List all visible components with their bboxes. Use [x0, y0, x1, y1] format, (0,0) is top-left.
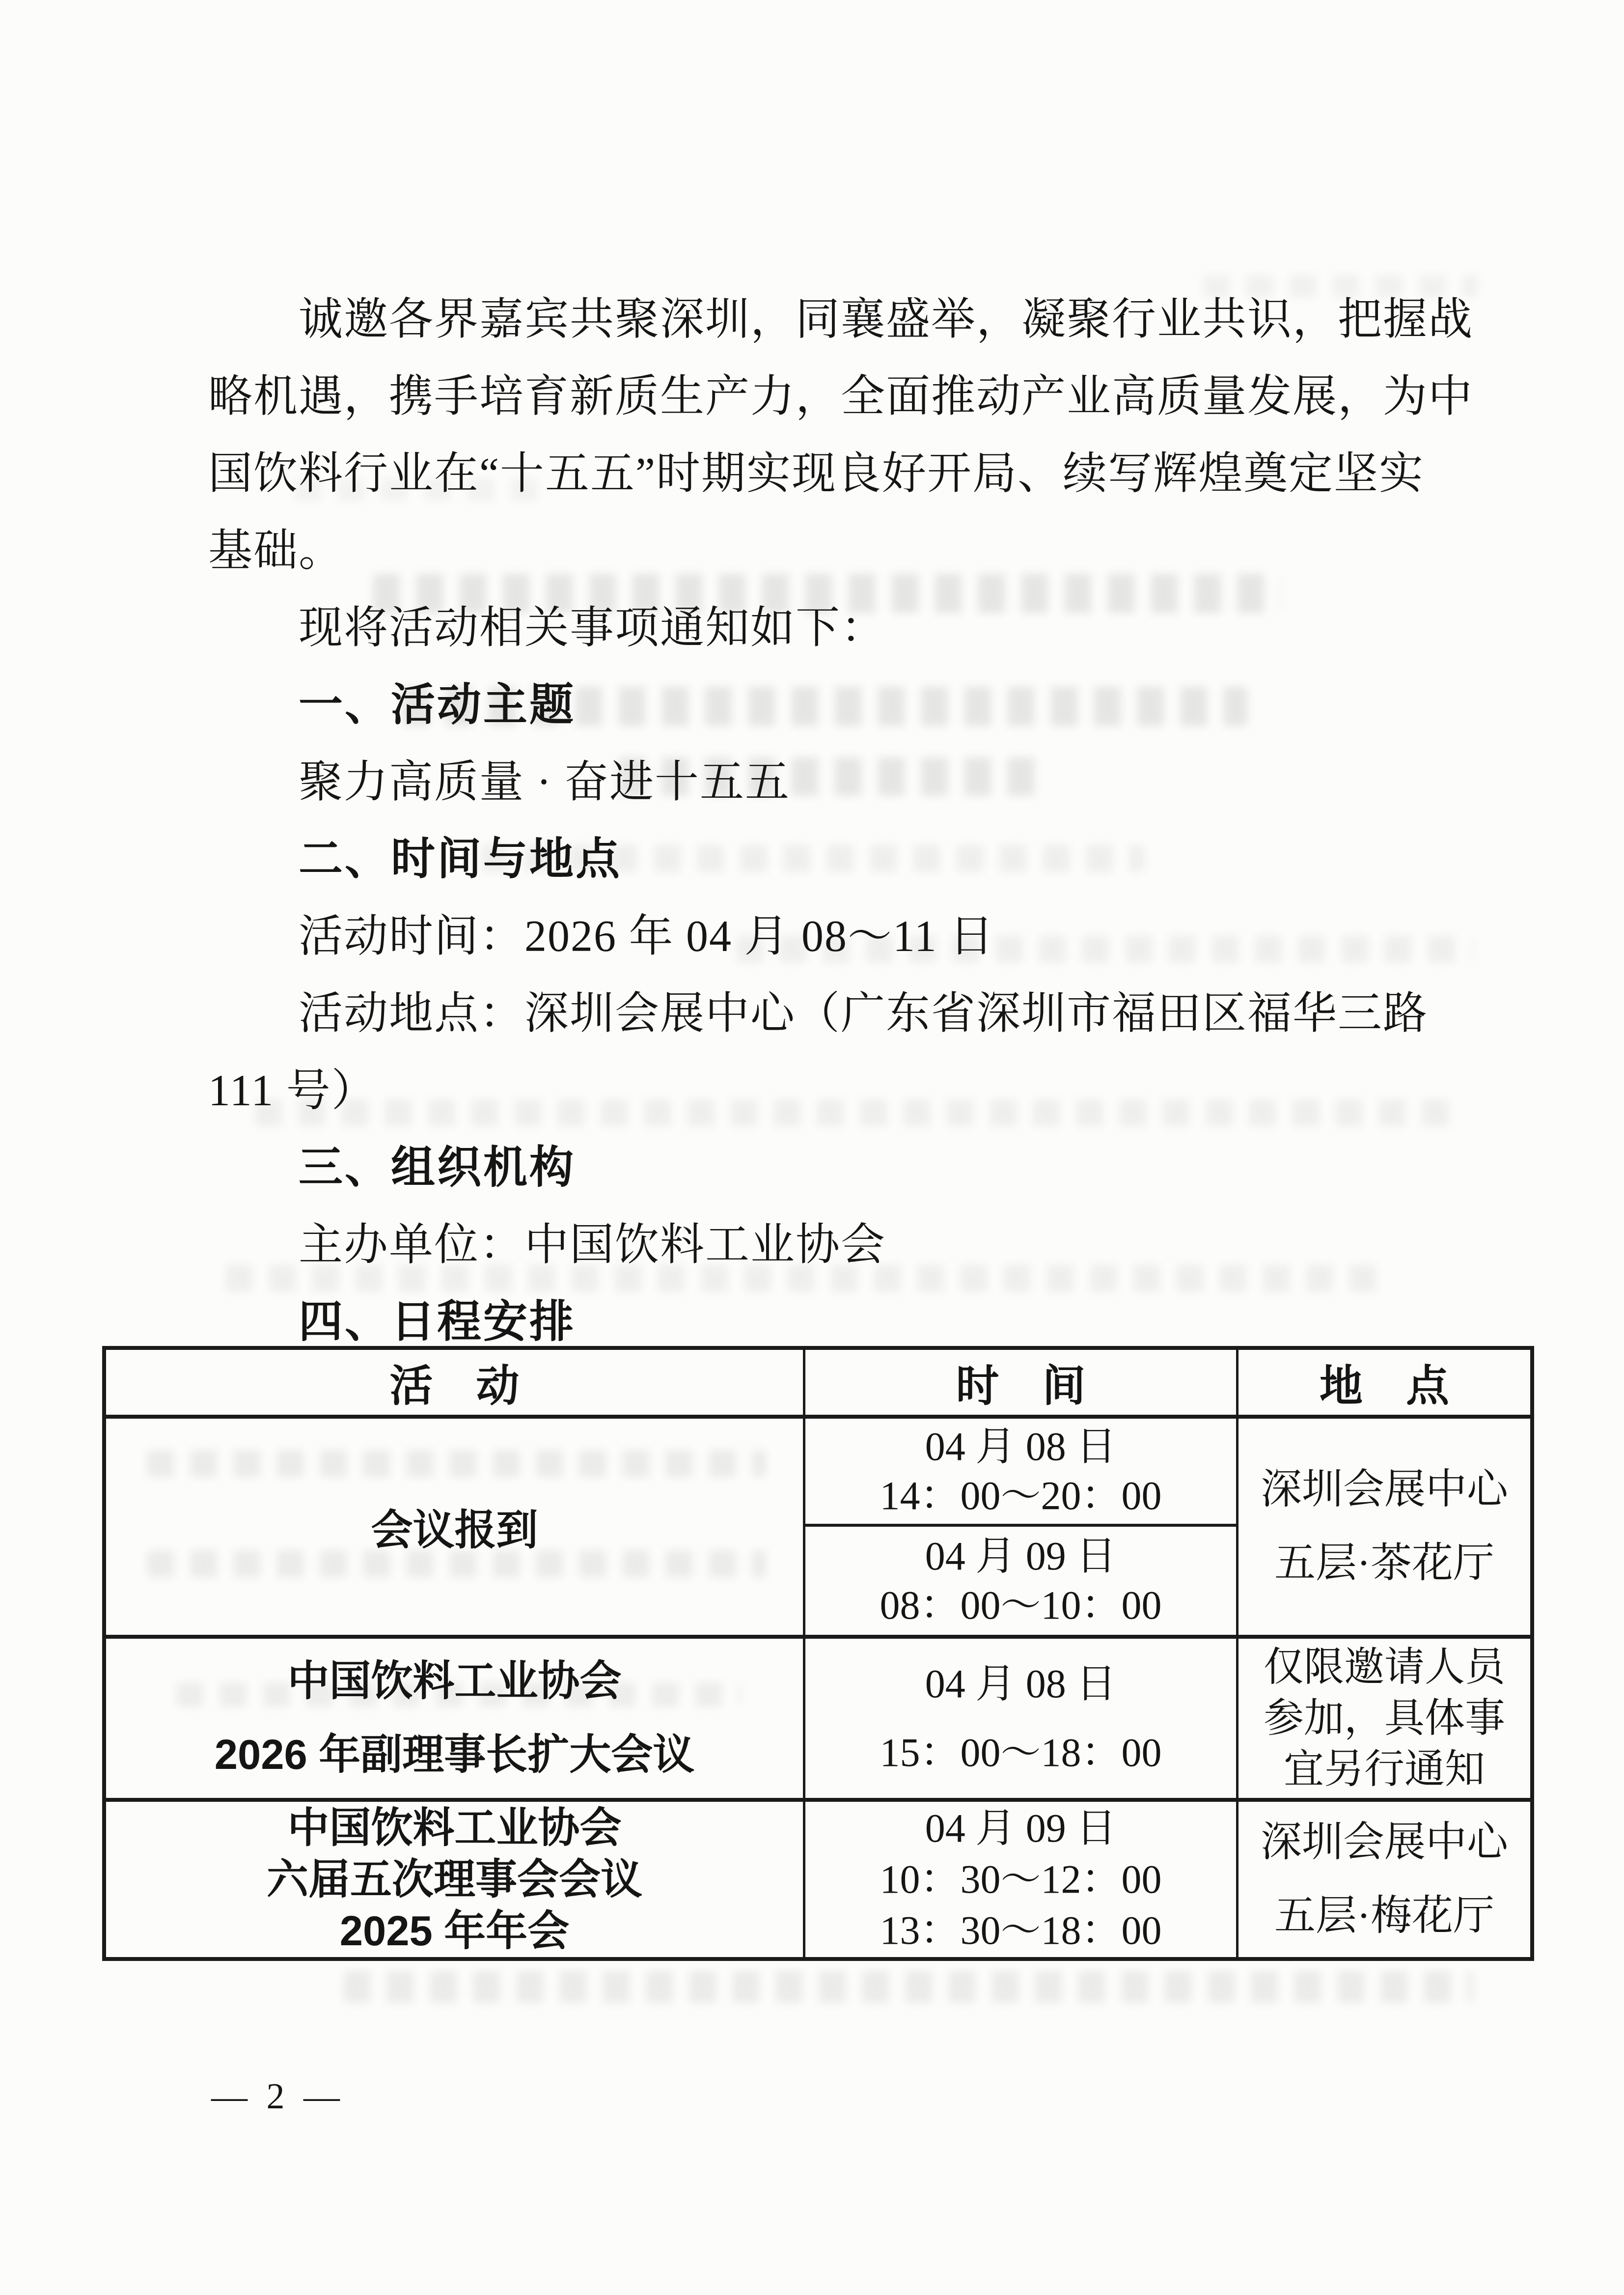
- section-heading-organization: 三、组织机构: [299, 1129, 1514, 1206]
- location-line: 五层·梅花厅: [1274, 1879, 1494, 1953]
- paragraph-line: 基础。: [208, 512, 1514, 589]
- paragraph-line: 略机遇，携手培育新质生产力，全面推动产业高质量发展，为中: [208, 358, 1514, 435]
- activity-line: 2025 年年会: [340, 1905, 570, 1957]
- activity-line: 2026 年副理事长扩大会议: [215, 1718, 695, 1792]
- slot-date: 04 月 08 日: [925, 1422, 1117, 1471]
- table-row-vice-chairman-time: 04 月 08 日 15：00～18：00: [805, 1639, 1239, 1802]
- slot-time: 10：30～12：00: [880, 1854, 1161, 1905]
- table-row-registration-activity: 会议报到: [106, 1419, 805, 1639]
- note-line: 宜另行通知: [1284, 1744, 1485, 1795]
- bleedthrough-artifact: [344, 1971, 1473, 2003]
- location-line: 深圳会展中心: [1261, 1453, 1508, 1527]
- event-place-text: 活动地点：深圳会展中心（广东省深圳市福田区福华三路: [299, 975, 1514, 1052]
- page-number: — 2 —: [211, 2072, 345, 2121]
- table-header-location: 地 点: [1239, 1350, 1530, 1419]
- section-heading-theme: 一、活动主题: [299, 667, 1514, 744]
- activity-line: 中国饮料工业协会: [287, 1802, 621, 1854]
- note-line: 仅限邀请人员: [1264, 1642, 1505, 1693]
- slot-date: 04 月 08 日: [925, 1650, 1117, 1718]
- table-row-vice-chairman-activity: 中国饮料工业协会 2026 年副理事长扩大会议: [106, 1639, 805, 1802]
- paragraph-line: 诚邀各界嘉宾共聚深圳，同襄盛举，凝聚行业共识，把握战: [299, 281, 1514, 358]
- section-heading-time-place: 二、时间与地点: [299, 821, 1514, 898]
- note-line: 参加，具体事: [1264, 1693, 1505, 1744]
- table-row-council-activity: 中国饮料工业协会 六届五次理事会会议 2025 年年会: [106, 1802, 805, 1957]
- slot-date: 04 月 09 日: [925, 1532, 1117, 1581]
- table-row-registration-location: 深圳会展中心 五层·茶花厅: [1239, 1419, 1530, 1639]
- event-place-text-continued: 111 号）: [208, 1052, 1514, 1129]
- location-line: 深圳会展中心: [1261, 1806, 1508, 1879]
- organizer-text: 主办单位：中国饮料工业协会: [299, 1206, 1514, 1284]
- slot-time: 15：00～18：00: [880, 1718, 1161, 1787]
- table-row-registration-time: 04 月 08 日 14：00～20：00 04 月 09 日 08：00～10…: [805, 1419, 1239, 1639]
- paragraph-line: 国饮料行业在“十五五”时期实现良好开局、续写辉煌奠定坚实: [208, 435, 1514, 512]
- slot-time: 14：00～20：00: [880, 1471, 1161, 1520]
- activity-line: 六届五次理事会会议: [267, 1854, 642, 1905]
- event-time-text: 活动时间：2026 年 04 月 08～11 日: [299, 898, 1514, 975]
- slot-time: 08：00～10：00: [880, 1581, 1161, 1630]
- table-row-vice-chairman-note: 仅限邀请人员 参加，具体事 宜另行通知: [1239, 1639, 1530, 1802]
- slot-date: 04 月 09 日: [925, 1803, 1117, 1854]
- time-slot-1: 04 月 08 日 14：00～20：00: [805, 1419, 1236, 1527]
- paragraph-line: 现将活动相关事项通知如下：: [299, 589, 1514, 667]
- activity-label: 会议报到: [371, 1497, 538, 1557]
- event-theme-text: 聚力高质量 · 奋进十五五: [299, 744, 1514, 821]
- schedule-table: 活 动 时 间 地 点 会议报到 04 月 08 日 14：00～20：00 0…: [102, 1346, 1534, 1961]
- location-line: 五层·茶花厅: [1274, 1527, 1494, 1600]
- table-row-council-time: 04 月 09 日 10：30～12：00 13：30～18：00: [805, 1802, 1239, 1957]
- table-header-time: 时 间: [805, 1350, 1239, 1419]
- table-row-council-location: 深圳会展中心 五层·梅花厅: [1239, 1802, 1530, 1957]
- time-slot-2: 04 月 09 日 08：00～10：00: [805, 1527, 1236, 1635]
- slot-time: 13：30～18：00: [880, 1905, 1161, 1956]
- table-header-activity: 活 动: [106, 1350, 805, 1419]
- document-page: 诚邀各界嘉宾共聚深圳，同襄盛举，凝聚行业共识，把握战 略机遇，携手培育新质生产力…: [0, 0, 1624, 2295]
- activity-line: 中国饮料工业协会: [287, 1645, 621, 1718]
